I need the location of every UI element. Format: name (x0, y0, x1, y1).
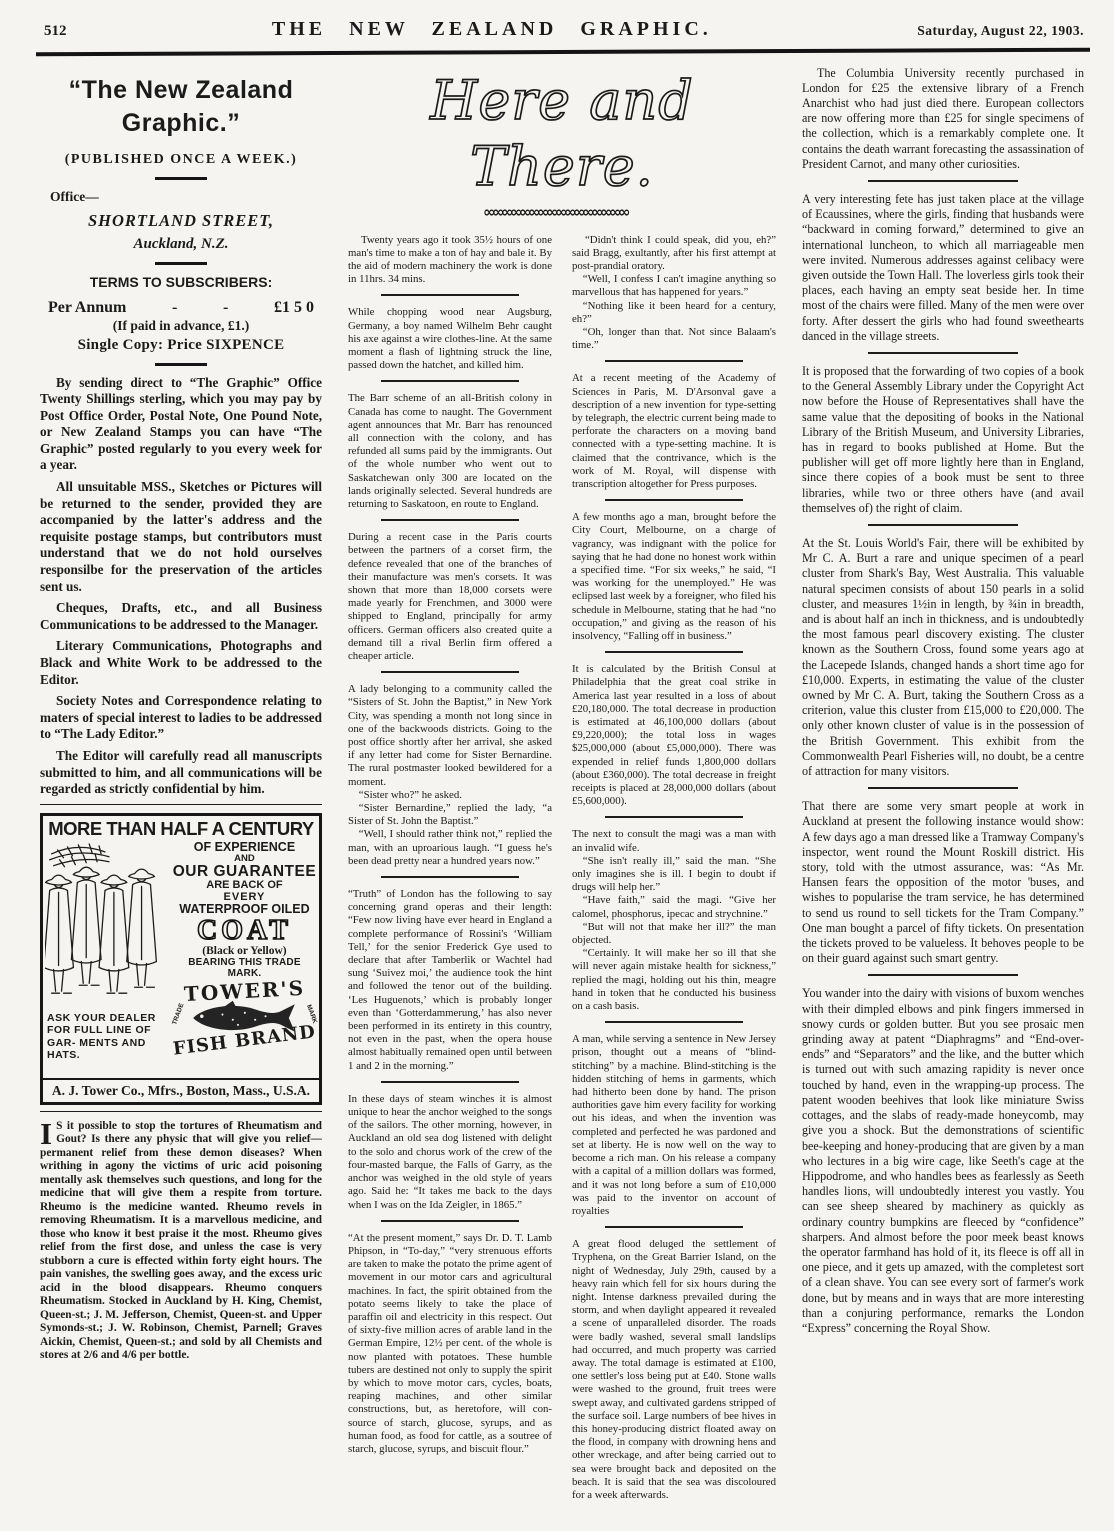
chain-ornament: ∞∞∞∞∞∞∞∞∞∞∞∞∞∞∞∞ (348, 206, 762, 218)
newspaper-title: THE NEW ZEALAND GRAPHIC. (67, 18, 918, 41)
rate-label: Per Annum (48, 299, 126, 317)
news-item: “At the present moment,” says Dr. D. T. … (348, 1220, 552, 1456)
news-item: Twenty years ago it took 35½ hours of on… (348, 234, 552, 287)
office-city: Auckland, N.Z. (40, 236, 322, 253)
ad-body: ASK YOUR DEALER FOR FULL LINE OF GAR‑ ME… (43, 840, 319, 1064)
ad-illustration-area: ASK YOUR DEALER FOR FULL LINE OF GAR‑ ME… (43, 840, 170, 1064)
news-item: A very interesting fete has just taken p… (802, 180, 1084, 344)
single-copy-price: Single Copy: Price SIXPENCE (40, 337, 322, 354)
news-item: In these days of steam winches it is alm… (348, 1081, 552, 1212)
advance-note: (If paid in advance, £1.) (40, 318, 322, 334)
news-item: At a recent meeting of the Academy of Sc… (572, 360, 776, 491)
terms-heading: TERMS TO SUBSCRIBERS: (40, 274, 322, 290)
issue-date: Saturday, August 22, 1903. (917, 23, 1084, 39)
drop-cap: I (40, 1120, 56, 1146)
news-item: The Columbia University recently purchas… (802, 66, 1084, 172)
trade-label: TRADE (172, 1003, 186, 1026)
notice-paragraph: Society Notes and Correspondence relatin… (40, 693, 322, 743)
notice-paragraph: All unsuitable MSS., Sketches or Picture… (40, 479, 322, 595)
news-item: A few months ago a man, brought before t… (572, 499, 776, 643)
column-3: “Didn't think I could speak, did you, eh… (572, 234, 776, 1498)
divider-rule (155, 262, 207, 265)
ad-line-experience: OF EXPERIENCE (170, 841, 319, 854)
notice-paragraph: Literary Communications, Photographs and… (40, 638, 322, 688)
divider-rule (155, 177, 207, 180)
news-item: The next to consult the magi was a man w… (572, 816, 776, 1013)
page-header: 512 THE NEW ZEALAND GRAPHIC. Saturday, A… (0, 0, 1114, 41)
divider-rule (40, 804, 322, 805)
news-item: A great flood deluged the settlement of … (572, 1226, 776, 1497)
page-columns: “The New Zealand Graphic.” (PUBLISHED ON… (0, 54, 1114, 1498)
publisher-notices: By sending direct to “The Graphic” Offic… (40, 375, 322, 798)
masthead-title: “The New Zealand Graphic.” (40, 74, 322, 140)
raincoat-crowd-illustration (45, 840, 165, 1008)
subscription-rate: Per Annum - - £1 5 0 (40, 299, 322, 317)
office-street: SHORTLAND STREET, (40, 211, 322, 231)
news-item: A man, while serving a sentence in New J… (572, 1021, 776, 1218)
news-item: The Barr scheme of an all-British colony… (348, 380, 552, 511)
notice-paragraph: The Editor will carefully read all manus… (40, 748, 322, 798)
column-2: Twenty years ago it took 35½ hours of on… (348, 234, 552, 1498)
rate-dash: - (172, 299, 177, 317)
notice-paragraph: By sending direct to “The Graphic” Offic… (40, 375, 322, 475)
here-and-there-section: Here and There. ∞∞∞∞∞∞∞∞∞∞∞∞∞∞∞∞ Twenty … (348, 66, 776, 1498)
office-label: Office— (50, 189, 322, 205)
news-item: While chopping wood near Augsburg, Germa… (348, 294, 552, 372)
ad-line-back-of: ARE BACK OF (170, 880, 319, 892)
news-item: During a recent case in the Paris courts… (348, 519, 552, 663)
newspaper-page: 512 THE NEW ZEALAND GRAPHIC. Saturday, A… (0, 0, 1114, 1531)
ad-line-color: (Black or Yellow) (170, 945, 319, 957)
news-item: “Didn't think I could speak, did you, eh… (572, 234, 776, 353)
towers-fish-brand-ad: MORE THAN HALF A CENTURY (40, 813, 322, 1105)
page-number: 512 (44, 23, 67, 40)
notice-paragraph: Cheques, Drafts, etc., and all Business … (40, 600, 322, 633)
ad-dealer-note: ASK YOUR DEALER FOR FULL LINE OF GAR‑ ME… (47, 1012, 169, 1062)
news-item: “Truth” of London has the following to s… (348, 876, 552, 1073)
news-item: A lady belonging to a community called t… (348, 671, 552, 868)
news-item: It is calculated by the British Consul a… (572, 651, 776, 808)
ad-line-coat: COAT (170, 916, 319, 945)
news-item: At the St. Louis World's Fair, there wil… (802, 524, 1084, 779)
ad-headline: MORE THAN HALF A CENTURY (43, 816, 319, 840)
news-item: You wander into the dairy with visions o… (802, 974, 1084, 1336)
section-title: Here and There. (348, 68, 776, 200)
column-4: The Columbia University recently purchas… (802, 66, 1084, 1498)
ad-text-area: OF EXPERIENCE AND OUR GUARANTEE ARE BACK… (170, 840, 319, 1064)
ad-line-guarantee: OUR GUARANTEE (170, 864, 319, 880)
divider-rule (155, 363, 207, 366)
news-item: It is proposed that the forwarding of tw… (802, 352, 1084, 516)
rate-dash: - (223, 299, 228, 317)
rheumo-ad-text: IS it possible to stop the tortures of R… (40, 1120, 322, 1363)
rheumo-body: S it possible to stop the tortures of Rh… (40, 1120, 322, 1362)
divider-rule (40, 1111, 322, 1112)
news-item: That there are some very smart people at… (802, 787, 1084, 966)
masthead-column: “The New Zealand Graphic.” (PUBLISHED ON… (40, 66, 322, 1498)
masthead-frequency: (PUBLISHED ONCE A WEEK.) (40, 152, 322, 168)
ad-company-line: A. J. Tower Co., Mfrs., Boston, Mass., U… (43, 1078, 319, 1102)
rate-value: £1 5 0 (274, 299, 314, 317)
